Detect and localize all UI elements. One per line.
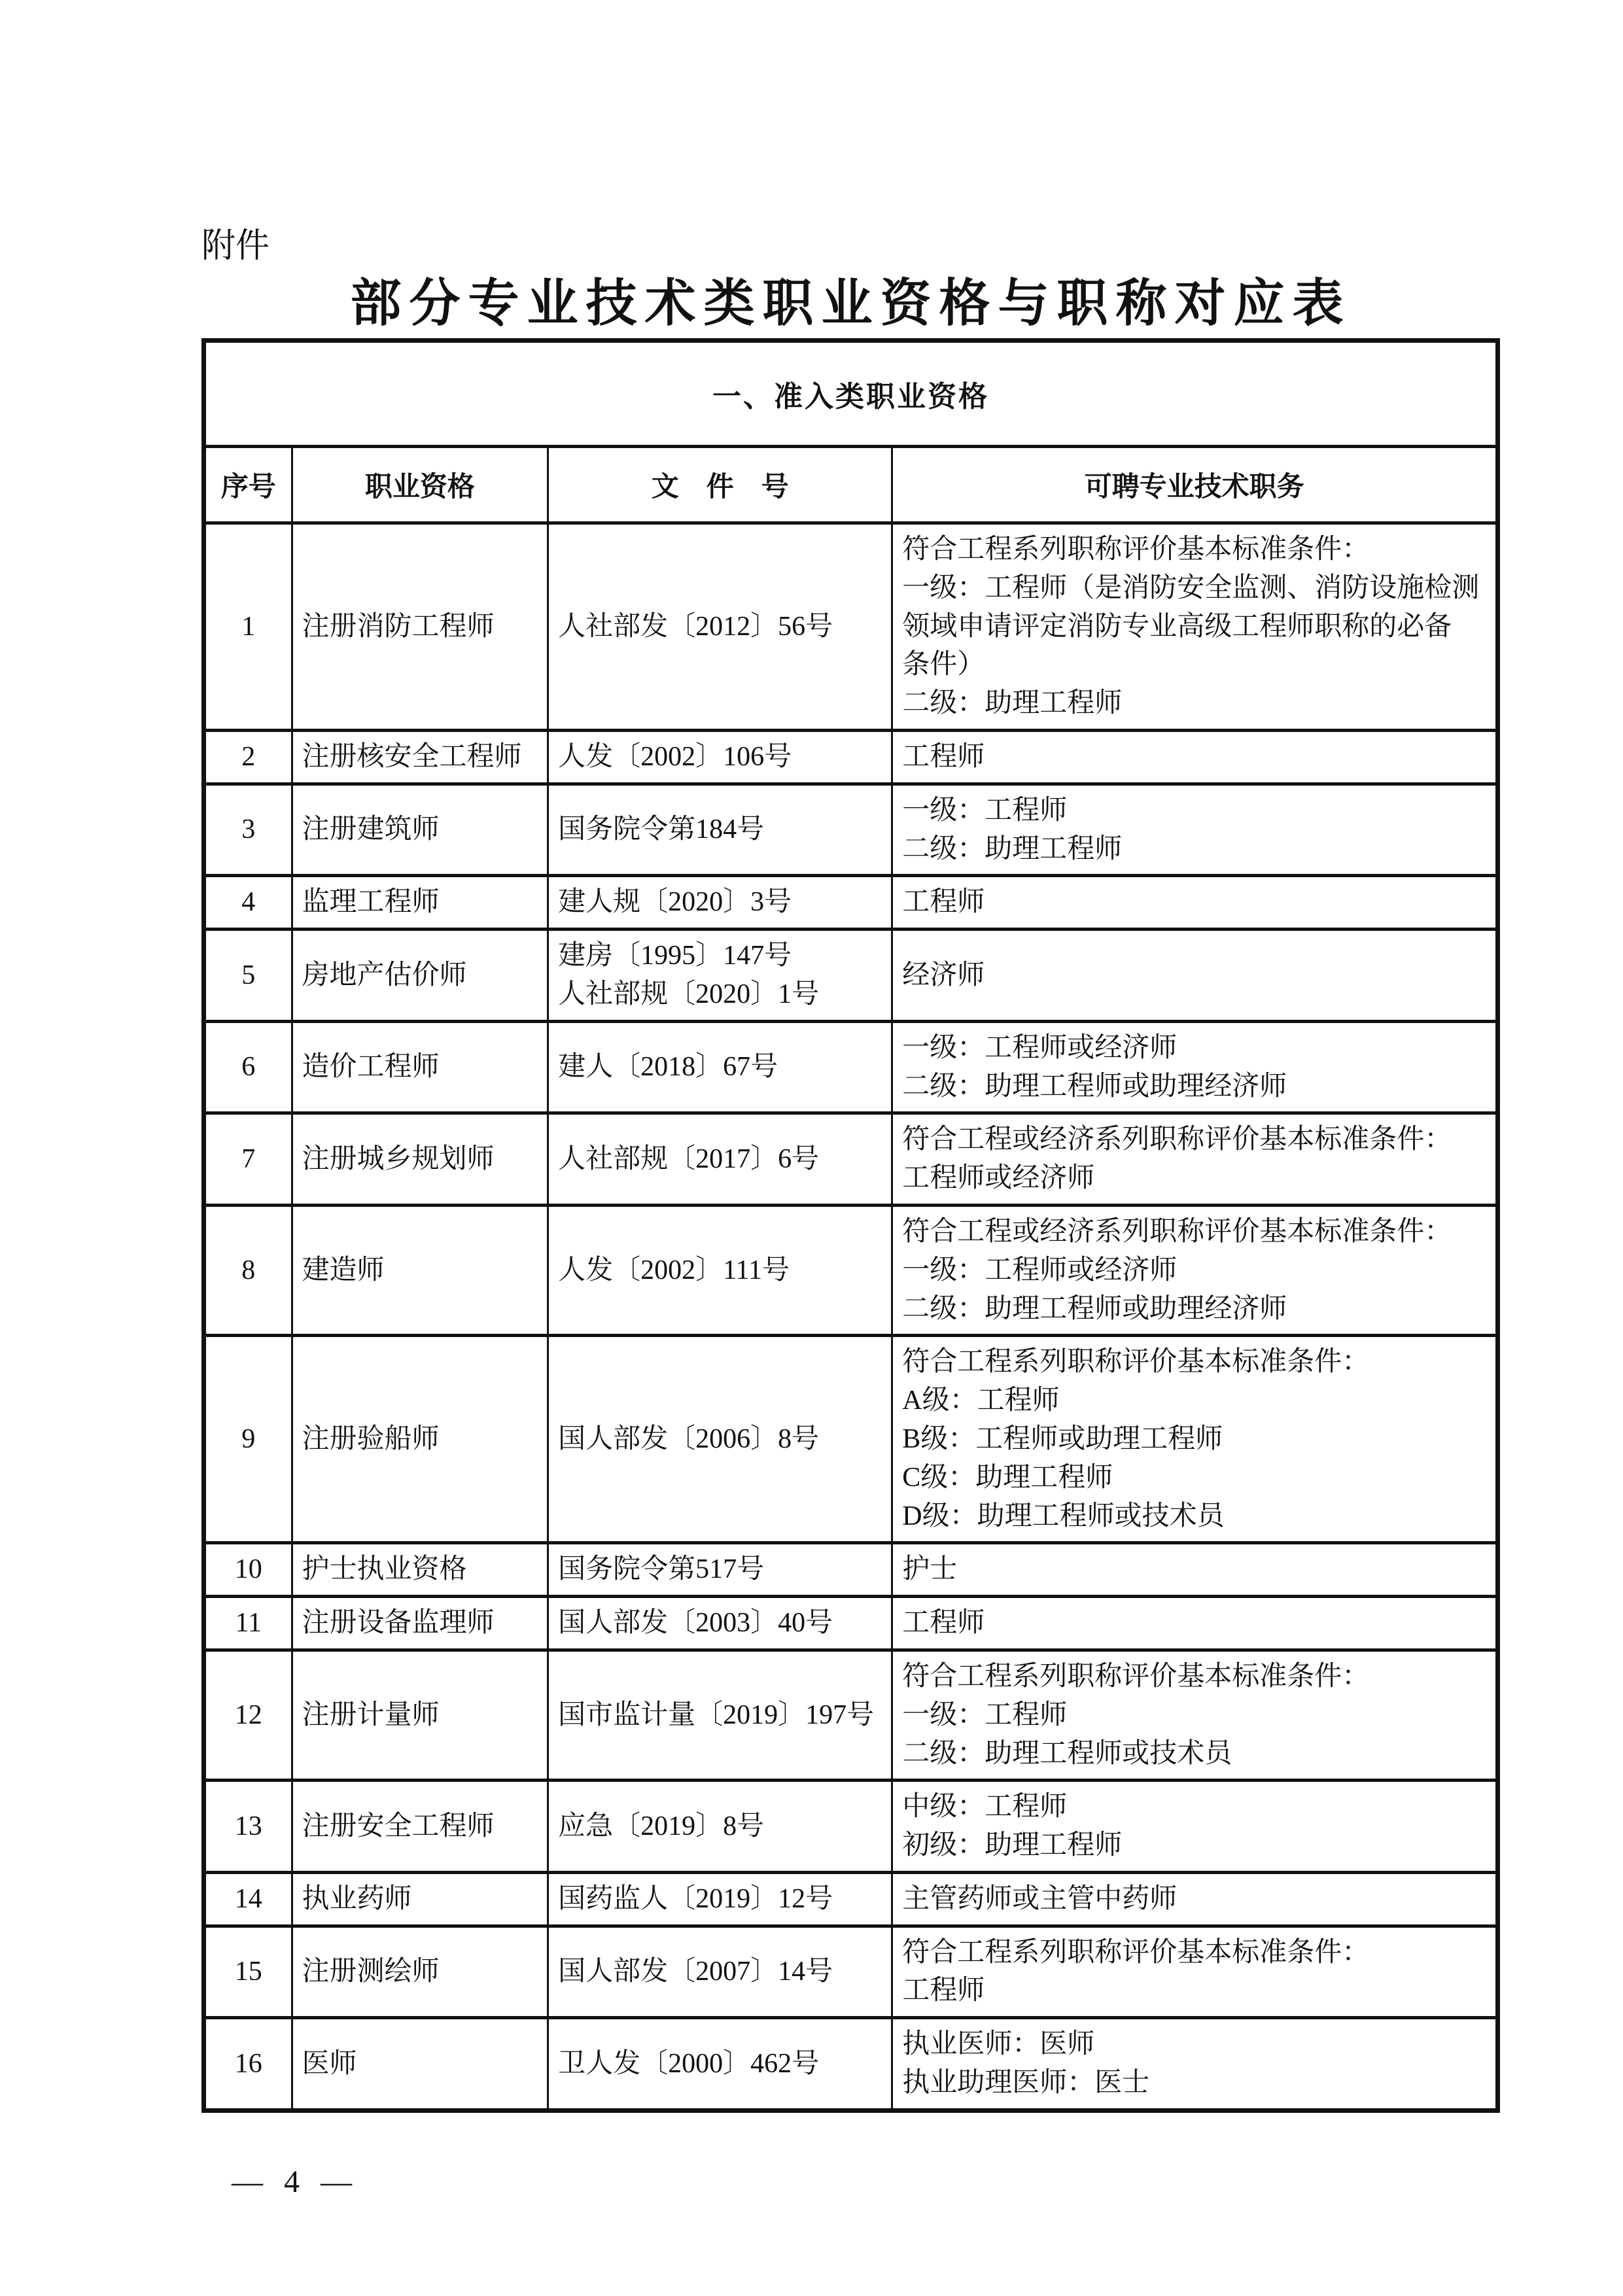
titles-cell: 中级：工程师初级：助理工程师 [892,1781,1498,1873]
titles-cell: 一级：工程师或经济师二级：助理工程师或助理经济师 [892,1021,1498,1113]
table-row: 13注册安全工程师应急〔2019〕8号中级：工程师初级：助理工程师 [204,1781,1498,1873]
qualification-cell: 注册验船师 [292,1336,548,1543]
section-header-row: 一、准入类职业资格 [204,340,1498,446]
row-number-cell: 3 [204,784,292,876]
table-row: 12注册计量师国市监计量〔2019〕197号符合工程系列职称评价基本标准条件：一… [204,1650,1498,1780]
titles-cell: 经济师 [892,930,1498,1022]
qualification-cell: 注册测绘师 [292,1926,548,2018]
table-row: 15注册测绘师国人部发〔2007〕14号符合工程系列职称评价基本标准条件：工程师 [204,1926,1498,2018]
document-no-cell: 人社部规〔2017〕6号 [548,1113,892,1206]
row-number-cell: 5 [204,930,292,1022]
titles-cell: 符合工程系列职称评价基本标准条件：工程师 [892,1926,1498,2018]
title-line: 工程师 [902,1604,1486,1643]
row-number-cell: 8 [204,1205,292,1335]
row-number-cell: 9 [204,1336,292,1543]
title-line: 主管药师或主管中药师 [902,1880,1486,1919]
title-line: 执业助理医师：医士 [902,2064,1486,2102]
titles-cell: 工程师 [892,876,1498,930]
titles-cell: 符合工程系列职称评价基本标准条件：一级：工程师（是消防安全监测、消防设施检测领域… [892,523,1498,730]
column-header-qualification: 职业资格 [292,446,548,523]
document-no-cell: 国人部发〔2006〕8号 [548,1336,892,1543]
document-no-line: 人社部规〔2017〕6号 [558,1140,882,1179]
title-line: 条件） [902,646,1486,684]
titles-cell: 主管药师或主管中药师 [892,1872,1498,1926]
title-line: 工程师 [902,883,1486,922]
document-no-line: 国人部发〔2007〕14号 [558,1953,882,1991]
titles-cell: 符合工程或经济系列职称评价基本标准条件：一级：工程师或经济师二级：助理工程师或助… [892,1205,1498,1335]
title-line: 符合工程系列职称评价基本标准条件： [902,531,1486,569]
document-no-line: 人发〔2002〕106号 [558,738,882,776]
document-no-cell: 国人部发〔2003〕40号 [548,1597,892,1650]
qualification-cell: 建造师 [292,1205,548,1335]
table-row: 4监理工程师建人规〔2020〕3号工程师 [204,876,1498,930]
document-no-line: 卫人发〔2000〕462号 [558,2045,882,2083]
title-line: 领域申请评定消防专业高级工程师职称的必备 [902,608,1486,646]
table-row: 8建造师人发〔2002〕111号符合工程或经济系列职称评价基本标准条件：一级：工… [204,1205,1498,1335]
attachment-label: 附件 [201,228,1500,265]
qualification-table: 一、准入类职业资格 序号 职业资格 文 件 号 可聘专业技术职务 1注册消防工程… [201,338,1500,2113]
titles-cell: 符合工程系列职称评价基本标准条件：A级：工程师B级：工程师或助理工程师C级：助理… [892,1336,1498,1543]
page-number: — 4 — [232,2164,1500,2200]
titles-cell: 工程师 [892,730,1498,784]
document-no-line: 建人规〔2020〕3号 [558,883,882,922]
title-line: 二级：助理工程师或助理经济师 [902,1068,1486,1106]
column-header-no: 序号 [204,446,292,523]
qualification-cell: 房地产估价师 [292,930,548,1022]
title-line: 经济师 [902,956,1486,995]
row-number-cell: 6 [204,1021,292,1113]
title-line: 一级：工程师 [902,791,1486,830]
qualification-cell: 护士执业资格 [292,1543,548,1597]
document-no-line: 国人部发〔2003〕40号 [558,1604,882,1643]
qualification-cell: 注册消防工程师 [292,523,548,730]
document-no-cell: 国务院令第517号 [548,1543,892,1597]
document-no-cell: 人发〔2002〕111号 [548,1205,892,1335]
titles-cell: 一级：工程师二级：助理工程师 [892,784,1498,876]
table-row: 2注册核安全工程师人发〔2002〕106号工程师 [204,730,1498,784]
document-no-line: 建人〔2018〕67号 [558,1048,882,1087]
title-line: 二级：助理工程师或助理经济师 [902,1290,1486,1329]
column-header-document-no: 文 件 号 [548,446,892,523]
qualification-cell: 执业药师 [292,1872,548,1926]
qualification-cell: 注册设备监理师 [292,1597,548,1650]
title-line: 工程师 [902,1972,1486,2010]
qualification-cell: 注册城乡规划师 [292,1113,548,1206]
column-header-titles: 可聘专业技术职务 [892,446,1498,523]
document-no-line: 人社部发〔2012〕56号 [558,608,882,646]
title-line: 工程师或经济师 [902,1159,1486,1198]
table-row: 5房地产估价师建房〔1995〕147号人社部规〔2020〕1号经济师 [204,930,1498,1022]
title-line: 执业医师：医师 [902,2025,1486,2064]
document-no-cell: 建人〔2018〕67号 [548,1021,892,1113]
row-number-cell: 10 [204,1543,292,1597]
title-line: 中级：工程师 [902,1788,1486,1826]
row-number-cell: 12 [204,1650,292,1780]
title-line: B级：工程师或助理工程师 [902,1420,1486,1459]
document-no-line: 建房〔1995〕147号 [558,937,882,975]
table-row: 1注册消防工程师人社部发〔2012〕56号符合工程系列职称评价基本标准条件：一级… [204,523,1498,730]
title-line: 符合工程系列职称评价基本标准条件： [902,1934,1486,1972]
title-line: 初级：助理工程师 [902,1826,1486,1865]
row-number-cell: 1 [204,523,292,730]
row-number-cell: 2 [204,730,292,784]
document-no-line: 国务院令第517号 [558,1550,882,1589]
document-no-cell: 国人部发〔2007〕14号 [548,1926,892,2018]
titles-cell: 符合工程或经济系列职称评价基本标准条件：工程师或经济师 [892,1113,1498,1206]
table-row: 11注册设备监理师国人部发〔2003〕40号工程师 [204,1597,1498,1650]
document-no-cell: 建房〔1995〕147号人社部规〔2020〕1号 [548,930,892,1022]
document-no-line: 人发〔2002〕111号 [558,1251,882,1290]
title-line: C级：助理工程师 [902,1459,1486,1497]
table-row: 14执业药师国药监人〔2019〕12号主管药师或主管中药师 [204,1872,1498,1926]
row-number-cell: 15 [204,1926,292,2018]
document-no-cell: 人社部发〔2012〕56号 [548,523,892,730]
qualification-cell: 监理工程师 [292,876,548,930]
qualification-cell: 注册核安全工程师 [292,730,548,784]
title-line: 二级：助理工程师 [902,830,1486,869]
table-body: 1注册消防工程师人社部发〔2012〕56号符合工程系列职称评价基本标准条件：一级… [204,523,1498,2110]
table-row: 6造价工程师建人〔2018〕67号一级：工程师或经济师二级：助理工程师或助理经济… [204,1021,1498,1113]
row-number-cell: 13 [204,1781,292,1873]
qualification-cell: 注册安全工程师 [292,1781,548,1873]
title-line: 一级：工程师或经济师 [902,1029,1486,1068]
document-page: 附件 部分专业技术类职业资格与职称对应表 一、准入类职业资格 序号 职业资格 文… [0,0,1623,2296]
titles-cell: 工程师 [892,1597,1498,1650]
row-number-cell: 7 [204,1113,292,1206]
row-number-cell: 14 [204,1872,292,1926]
titles-cell: 护士 [892,1543,1498,1597]
title-line: D级：助理工程师或技术员 [902,1497,1486,1536]
title-line: 符合工程或经济系列职称评价基本标准条件： [902,1213,1486,1251]
qualification-cell: 造价工程师 [292,1021,548,1113]
page-title: 部分专业技术类职业资格与职称对应表 [201,275,1500,332]
title-line: A级：工程师 [902,1382,1486,1420]
document-no-cell: 国务院令第184号 [548,784,892,876]
qualification-cell: 医师 [292,2018,548,2111]
document-no-cell: 应急〔2019〕8号 [548,1781,892,1873]
section-title: 一、准入类职业资格 [204,340,1498,446]
document-no-line: 应急〔2019〕8号 [558,1807,882,1846]
title-line: 二级：助理工程师 [902,684,1486,723]
titles-cell: 执业医师：医师执业助理医师：医士 [892,2018,1498,2111]
document-no-cell: 国市监计量〔2019〕197号 [548,1650,892,1780]
table-row: 10护士执业资格国务院令第517号护士 [204,1543,1498,1597]
table-row: 9注册验船师国人部发〔2006〕8号符合工程系列职称评价基本标准条件：A级：工程… [204,1336,1498,1543]
document-no-line: 国药监人〔2019〕12号 [558,1880,882,1919]
table-row: 16医师卫人发〔2000〕462号执业医师：医师执业助理医师：医士 [204,2018,1498,2111]
row-number-cell: 16 [204,2018,292,2111]
row-number-cell: 11 [204,1597,292,1650]
document-no-cell: 卫人发〔2000〕462号 [548,2018,892,2111]
title-line: 工程师 [902,738,1486,776]
title-line: 一级：工程师或经济师 [902,1251,1486,1290]
document-no-line: 人社部规〔2020〕1号 [558,975,882,1014]
qualification-cell: 注册建筑师 [292,784,548,876]
document-no-cell: 人发〔2002〕106号 [548,730,892,784]
title-line: 一级：工程师 [902,1696,1486,1735]
titles-cell: 符合工程系列职称评价基本标准条件：一级：工程师二级：助理工程师或技术员 [892,1650,1498,1780]
title-line: 符合工程或经济系列职称评价基本标准条件： [902,1121,1486,1159]
title-line: 二级：助理工程师或技术员 [902,1735,1486,1773]
document-no-line: 国人部发〔2006〕8号 [558,1420,882,1459]
title-line: 护士 [902,1550,1486,1589]
table-row: 3注册建筑师国务院令第184号一级：工程师二级：助理工程师 [204,784,1498,876]
document-no-cell: 国药监人〔2019〕12号 [548,1872,892,1926]
table-row: 7注册城乡规划师人社部规〔2017〕6号符合工程或经济系列职称评价基本标准条件：… [204,1113,1498,1206]
column-header-row: 序号 职业资格 文 件 号 可聘专业技术职务 [204,446,1498,523]
row-number-cell: 4 [204,876,292,930]
document-no-line: 国市监计量〔2019〕197号 [558,1696,882,1735]
document-no-line: 国务院令第184号 [558,810,882,849]
title-line: 符合工程系列职称评价基本标准条件： [902,1658,1486,1696]
title-line: 一级：工程师（是消防安全监测、消防设施检测 [902,569,1486,608]
document-no-cell: 建人规〔2020〕3号 [548,876,892,930]
qualification-cell: 注册计量师 [292,1650,548,1780]
title-line: 符合工程系列职称评价基本标准条件： [902,1343,1486,1382]
